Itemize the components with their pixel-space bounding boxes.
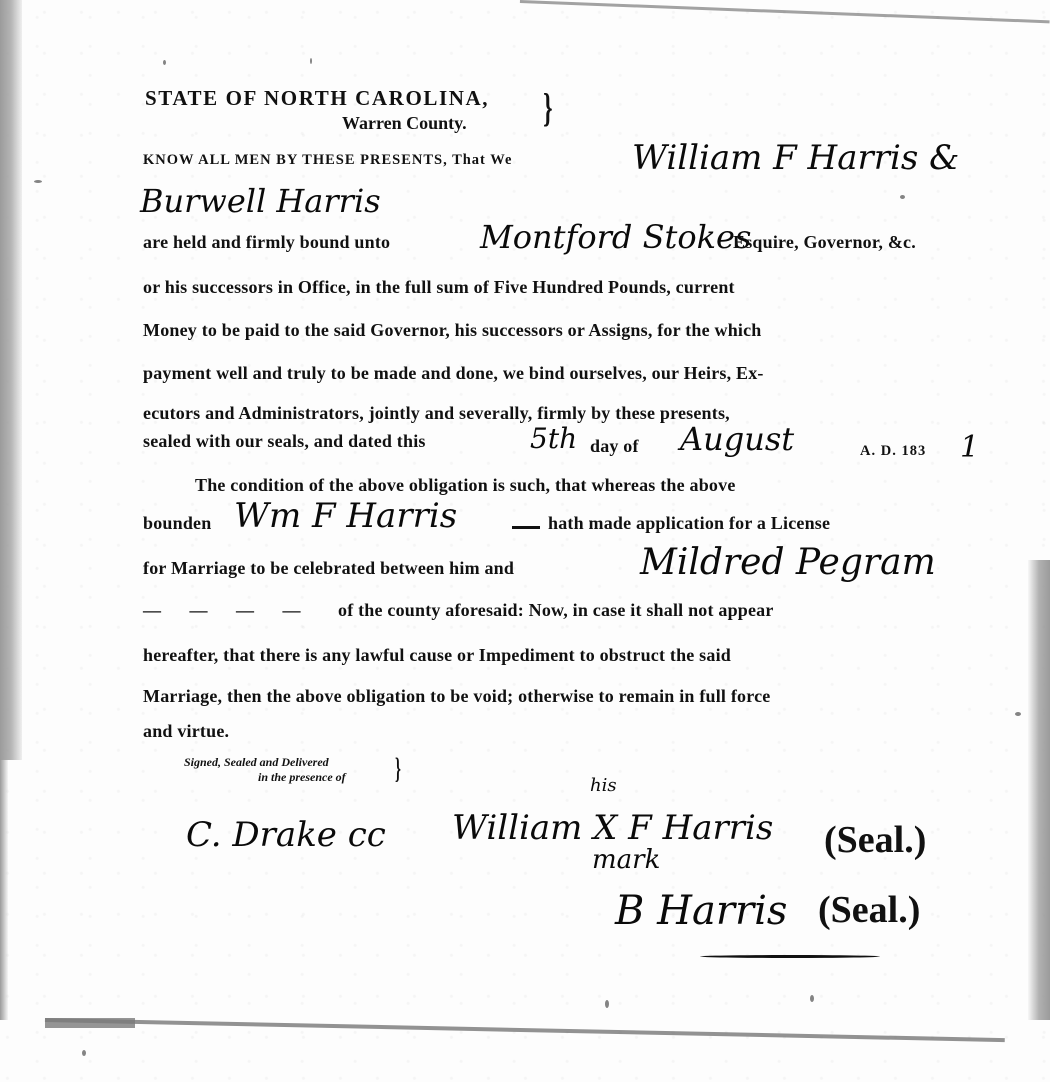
year-suffix-handwritten: 1 xyxy=(960,430,979,465)
marriage-celebrated-text: for Marriage to be celebrated between hi… xyxy=(143,558,514,579)
governor-handwritten: Montford Stokes xyxy=(480,218,751,256)
condition-line: The condition of the above obligation is… xyxy=(195,475,970,496)
bondsmen-handwritten-2: Burwell Harris xyxy=(140,182,381,220)
scan-speck xyxy=(1015,712,1021,716)
held-bound-text: are held and firmly bound unto xyxy=(143,232,390,252)
header-brace: } xyxy=(543,88,552,128)
top-fold-line xyxy=(519,0,1050,45)
header-state: STATE OF NORTH CAROLINA, xyxy=(145,86,489,111)
sealed-dated-text: sealed with our seals, and dated this xyxy=(143,431,426,452)
bottom-fold-line xyxy=(45,1018,1005,1050)
executors-line: ecutors and Administrators, jointly and … xyxy=(143,403,973,424)
scanned-document-page: STATE OF NORTH CAROLINA, Warren County. … xyxy=(0,0,1050,1082)
attestation-block: Signed, Sealed and Delivered in the pres… xyxy=(184,755,346,785)
right-edge-shadow xyxy=(1028,560,1050,1020)
scan-speck xyxy=(900,195,905,199)
month-handwritten: August xyxy=(680,420,794,458)
signer2-signature: B Harris xyxy=(615,888,787,934)
bounden-text: bounden xyxy=(143,513,211,534)
left-edge-shadow-lower xyxy=(0,760,8,1020)
attestation-line-1: Signed, Sealed and Delivered xyxy=(184,755,346,770)
scan-speck xyxy=(605,1000,609,1008)
bride-handwritten: Mildred Pegram xyxy=(640,542,936,583)
scan-speck xyxy=(810,995,814,1002)
esquire-governor-text: Esquire, Governor, &c. xyxy=(733,232,916,253)
sum-line: or his successors in Office, in the full… xyxy=(143,277,973,298)
signature-flourish xyxy=(700,955,880,958)
application-text: hath made application for a License xyxy=(548,513,830,534)
virtue-line: and virtue. xyxy=(143,721,229,742)
year-prefix-text: A. D. 183 xyxy=(860,443,926,460)
payment-line: payment well and truly to be made and do… xyxy=(143,363,973,384)
seal-2: (Seal.) xyxy=(818,888,920,932)
bondsmen-handwritten-1: William F Harris & xyxy=(632,138,959,178)
dash-rule xyxy=(512,526,540,529)
attestation-brace: } xyxy=(395,754,401,784)
held-bound-line: are held and firmly bound unto xyxy=(143,232,390,253)
scan-speck xyxy=(310,58,312,64)
signer1-signature: William X F Harris xyxy=(452,808,773,848)
day-of-text: day of xyxy=(590,436,639,457)
day-handwritten: 5th xyxy=(530,422,577,455)
his-label: his xyxy=(590,775,617,796)
hereafter-line: hereafter, that there is any lawful caus… xyxy=(143,645,973,666)
mark-label: mark xyxy=(592,845,660,875)
attestation-line-2: in the presence of xyxy=(184,770,346,785)
county-aforesaid-line: of the county aforesaid: Now, in case it… xyxy=(338,600,973,621)
header-county: Warren County. xyxy=(342,113,467,134)
witness-signature: C. Drake cc xyxy=(186,815,386,855)
scan-speck xyxy=(163,60,166,65)
left-edge-shadow xyxy=(0,0,22,760)
money-line: Money to be paid to the said Governor, h… xyxy=(143,320,973,341)
seal-1: (Seal.) xyxy=(824,818,926,862)
void-line: Marriage, then the above obligation to b… xyxy=(143,686,973,707)
scan-speck xyxy=(34,180,42,183)
bottom-fold-shadow xyxy=(45,1018,135,1028)
scan-speck xyxy=(82,1050,86,1056)
groom-handwritten: Wm F Harris xyxy=(234,496,457,536)
blank-dashes: — — — — xyxy=(143,600,313,621)
